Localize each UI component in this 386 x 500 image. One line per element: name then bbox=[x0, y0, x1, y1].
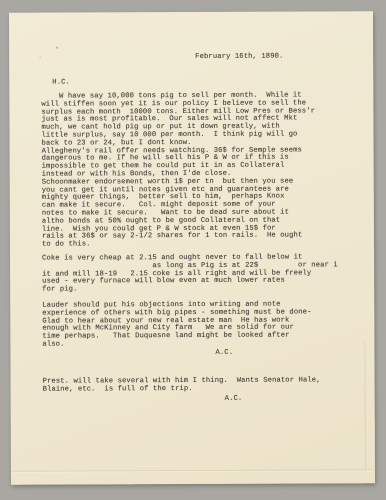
paper-crease-bottom bbox=[13, 469, 373, 472]
paper-speck bbox=[39, 57, 41, 58]
paper-crease-right bbox=[364, 341, 366, 470]
paragraph-pig-iron: W have say 10,000 tons pig to sell per m… bbox=[41, 92, 315, 249]
paragraph-lauder: Lauder should put his objections into wr… bbox=[42, 301, 311, 349]
signature-initials: A.C. bbox=[215, 350, 233, 358]
letter-date: February 16th, 1890. bbox=[195, 54, 283, 62]
postscript-signature-initials: A.C. bbox=[225, 396, 243, 404]
paper-speck bbox=[56, 47, 58, 49]
postscript: Prest. will take several with him I thin… bbox=[43, 377, 321, 394]
paragraph-coke: Coke is very cheap at 2.15 and ought nev… bbox=[42, 254, 338, 294]
letter-salutation: H.C. bbox=[52, 80, 70, 88]
letter-paper: February 16th, 1890. H.C. W have say 10,… bbox=[9, 11, 375, 485]
